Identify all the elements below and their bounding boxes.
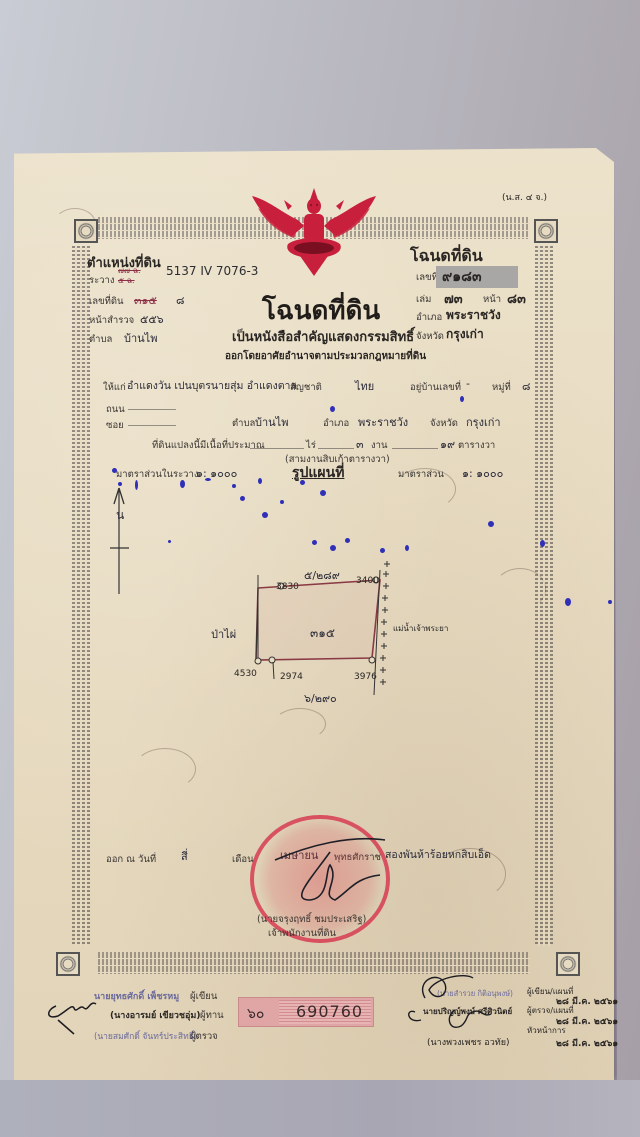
ngan-label: งาน [371, 438, 387, 453]
date-2: ๒๘ มี.ค. ๒๕๖๑ [556, 1014, 618, 1028]
rai-label: ไร่ [306, 438, 316, 453]
ink-spot [205, 478, 211, 481]
owner-province-label: จังหวัด [430, 416, 458, 431]
ngan-line [318, 447, 354, 449]
ink-spot [112, 468, 117, 473]
scale-right-value: ๑: ๑๐๐๐ [462, 464, 503, 482]
ink-spot [405, 545, 409, 551]
corner-ornament [74, 219, 98, 243]
garuda-emblem-icon [248, 186, 380, 278]
parcel-map [80, 470, 460, 710]
house-no-value: - [466, 377, 470, 390]
wa-line [392, 447, 438, 449]
area-prefix: ที่ดินแปลงนี้มีเนื้อที่ประมาณ [152, 438, 265, 453]
page-subtitle: เป็นหนังสือสำคัญแสดงกรรมสิทธิ์ [232, 326, 414, 347]
writer-name: นายยุทธศักดิ์ เพ็ชรหมู [94, 989, 179, 1003]
ink-spot [540, 540, 545, 547]
south-neighbor: ๖/๒๙๐ [304, 689, 337, 707]
ink-spot [312, 540, 317, 545]
day-value: สี่ [181, 847, 188, 865]
ink-spot [345, 538, 350, 543]
serial-prefix: ๖๐ [247, 1003, 264, 1025]
owner-district-label: อำเภอ [323, 416, 349, 431]
paper-fiber [134, 748, 196, 790]
owner-subdistrict-label: ตำบล [232, 416, 255, 431]
nationality-label: สัญชาติ [290, 380, 322, 395]
house-no-label: อยู่บ้านเลขที่ [410, 380, 461, 395]
village-label: หมู่ที่ [492, 380, 511, 395]
writer-role: ผู้เขียน [190, 989, 217, 1004]
wa-value: ๑๙ [440, 435, 455, 453]
north-neighbor: ๕/๒๘๙ [304, 566, 340, 584]
deed-no-value: ๙๑๘๓ [436, 266, 518, 288]
corner-mark: 3976 [354, 672, 377, 682]
ink-spot [300, 480, 305, 485]
corner-ornament [556, 952, 580, 976]
village-value: ๘ [522, 377, 531, 395]
road-label: ถนน [106, 402, 125, 417]
corner-mark: 2974 [280, 672, 303, 682]
ink-spot [608, 600, 612, 604]
west-neighbor: ป่าไผ่ [211, 625, 236, 643]
ink-spot [280, 500, 284, 504]
right-signatures [395, 968, 495, 1034]
subdistrict-label: ตำบล [89, 332, 112, 347]
page-label: หน้า [483, 292, 501, 307]
parcel-no-struck: ๓๑๕ [134, 291, 157, 309]
deed-no-label: เลขที่ [416, 270, 438, 285]
page-value: ๘๓ [507, 288, 526, 309]
volume-label: เล่ม [416, 292, 431, 307]
corner-ornament [534, 219, 558, 243]
ink-spot [118, 482, 122, 486]
survey-sheet-struck-2: ๕ ฉ. [118, 274, 135, 287]
province-value: กรุงเก่า [446, 325, 484, 344]
issuer-line: ออกโดยอาศัยอำนาจตามประมวลกฎหมายที่ดิน [225, 349, 426, 364]
ink-spot [240, 496, 245, 501]
district-label: อำเภอ [416, 310, 442, 325]
official-title: เจ้าพนักงานที่ดิน [268, 926, 336, 941]
ink-spot [565, 598, 571, 606]
table-surface [0, 1080, 640, 1137]
official-name-3: (นางพวงเพชร อวทัย) [427, 1035, 509, 1049]
parcel-no-value: ๘ [176, 291, 185, 309]
serial-number-box: ๖๐ 690760 [238, 997, 374, 1027]
survey-sheet-value: 5137 IV 7076-3 [166, 264, 258, 278]
province-label: จังหวัด [416, 329, 444, 344]
date-3: ๒๘ มี.ค. ๒๕๖๑ [556, 1036, 618, 1050]
ink-spot [258, 478, 262, 484]
ink-spot [168, 540, 171, 543]
ink-spot [232, 484, 236, 488]
owner-name: อำแดงวัน เปนบุตรนายสุ่ม อำแดงตาล [127, 377, 297, 394]
right-security-border [535, 246, 553, 946]
parcel-label: ๓๑๕ [310, 624, 335, 643]
ink-spot [460, 396, 464, 402]
survey-page-value: ๕๕๖ [140, 310, 164, 328]
owner-province-value: กรุงเก่า [466, 413, 501, 431]
page-title: โฉนดที่ดิน [262, 290, 380, 331]
subdistrict-value: บ้านไพ [124, 329, 157, 347]
paper-fiber [274, 708, 326, 740]
issued-label: ออก ณ วันที่ [106, 852, 156, 867]
writer-signature [44, 990, 104, 1036]
road-blank [128, 408, 176, 410]
corner-mark: 3830 [276, 582, 299, 592]
ngan-value: ๓ [356, 435, 364, 453]
date-1: ๒๘ มี.ค. ๒๕๖๑ [556, 994, 618, 1008]
parcel-no-label: เลขที่ดิน [89, 294, 124, 309]
official-signature [270, 830, 390, 910]
soi-blank [128, 424, 176, 426]
ink-spot [380, 548, 385, 553]
owner-subdistrict-value: บ้านไพ [255, 413, 288, 431]
owner-district-value: พระราชวัง [358, 413, 408, 431]
ink-spot [488, 521, 494, 527]
checker-name: (นายสมศักดิ์ จันทร์ประสิทธิ์) [94, 1029, 197, 1043]
serial-number: 690760 [296, 1002, 363, 1021]
ink-spot [262, 512, 268, 518]
corner-ornament [56, 952, 80, 976]
rai-blank [250, 447, 304, 449]
ink-spot [180, 480, 185, 488]
ink-spot [330, 545, 336, 551]
ink-spot [320, 490, 326, 496]
checker-role: ผู้ตรวจ [190, 1029, 218, 1044]
corner-mark: 3400 [356, 576, 379, 586]
survey-sheet-label: ระวาง [89, 273, 115, 288]
east-neighbor: แม่น้ำเจ้าพระยา [393, 622, 448, 635]
wa-label: ตารางวา [458, 438, 495, 453]
official-name: (นายจรุงฤทธิ์ ชมประเสริฐ) [257, 912, 366, 927]
survey-page-label: หน้าสำรวจ [89, 313, 134, 328]
ink-spot [330, 406, 335, 412]
corner-mark: 4530 [234, 669, 257, 679]
year-value: สองพันห้าร้อยหกสิบเอ็ด [385, 846, 491, 863]
soi-label: ซอย [106, 418, 124, 433]
nationality-value: ไทย [355, 377, 374, 395]
reviewer-name: (นางอารมย์ เขียวชอุ่ม) [110, 1008, 200, 1022]
reviewer-role: ผู้ทาน [200, 1008, 224, 1023]
ink-spot [135, 480, 138, 490]
form-code: (น.ส. ๔ จ.) [502, 190, 547, 204]
district-value: พระราชวัง [446, 306, 501, 325]
given-to-label: ให้แก่ [103, 380, 126, 395]
month-label: เดือน [232, 852, 254, 867]
